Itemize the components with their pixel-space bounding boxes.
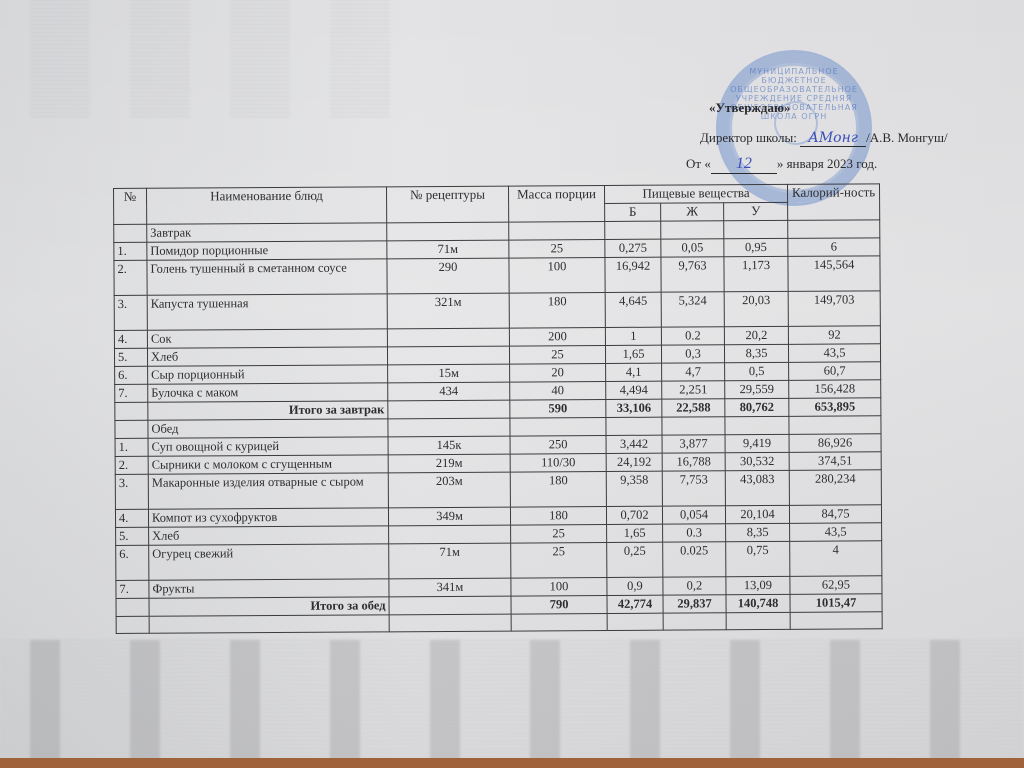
recipe-number: 145к [388,436,510,455]
portion-mass: 25 [509,345,605,364]
fat-value: 0,2 [663,577,726,595]
menu-body: Завтрак1.Помидор порционные71м250,2750,0… [114,220,882,634]
recipe-number: 71м [389,543,511,579]
total-fat: 22,588 [662,399,725,417]
dish-name: Компот из сухофруктов [148,508,388,527]
dish-name: Огурец свежий [149,544,389,580]
total-mass: 790 [511,595,607,614]
protein-value: 0,25 [607,542,663,577]
calories-value: 4 [790,541,882,577]
recipe-number [387,328,509,347]
approval-title: «Утверждаю» [709,100,790,116]
bleed-through-text [0,640,1024,760]
section-title: Обед [148,419,388,438]
calories-value: 149,703 [788,291,880,327]
cell-empty [387,222,509,241]
calories-value: 92 [788,326,880,345]
carbs-value: 29,559 [725,380,789,398]
cell-empty [661,221,724,239]
protein-value: 0,702 [606,506,662,524]
table-row: 2.Голень тушенный в сметанном соусе29010… [114,256,880,296]
cell-empty [115,420,148,438]
protein-value: 4,645 [605,292,661,327]
carbs-value: 20,03 [724,291,788,326]
date-day: 12 [711,155,777,174]
calories-value: 374,51 [789,452,881,471]
cell-empty [662,417,725,435]
cell-empty [790,612,882,630]
bleed-through-mark [130,0,190,120]
portion-mass: 25 [511,542,607,578]
carbs-value: 1,173 [724,256,788,291]
recipe-number: 341м [389,578,511,597]
cell-empty [116,598,149,616]
row-number: 4. [114,330,147,348]
portion-mass: 20 [510,363,606,382]
calories-value: 43,5 [790,523,882,542]
portion-mass: 180 [509,292,605,328]
cell-empty [726,612,790,629]
row-number: 1. [114,242,147,260]
recipe-number: 434 [388,382,510,401]
total-mass: 590 [510,399,606,418]
fat-value: 0,054 [662,506,725,524]
total-label: Итого за завтрак [148,401,388,420]
fat-value: 0.2 [661,327,724,345]
recipe-number [389,525,511,544]
calories-value: 6 [788,238,880,257]
total-carbs: 80,762 [725,398,789,416]
row-number: 3. [114,295,147,330]
cell-empty [389,596,511,615]
recipe-number [387,346,509,365]
row-number: 6. [115,366,148,384]
row-number: 5. [114,348,147,366]
portion-mass: 40 [510,381,606,400]
row-number: 5. [116,527,149,545]
cell-empty [607,613,663,630]
carbs-value: 9,419 [725,434,789,452]
recipe-number: 321м [387,293,509,329]
cell-empty [509,221,605,240]
table-row: 6.Огурец свежий71м250,250.0250,754 [116,541,882,581]
header-kcal: Калорий-ность [788,184,880,221]
total-calories: 653,895 [789,398,881,417]
fat-value: 4,7 [662,363,725,381]
dish-name: Сок [147,329,387,348]
header-u: У [724,202,788,220]
bleed-through-mark [330,0,390,120]
protein-value: 24,192 [606,453,662,471]
dish-name: Капуста тушенная [147,294,387,330]
bleed-through-mark [30,0,90,120]
director-line: Директор школы: АМонг/А.В. Монгуш/ [700,130,948,147]
calories-value: 86,926 [789,434,881,453]
carbs-value: 8,35 [724,344,788,362]
cell-empty [115,402,148,420]
row-number: 6. [116,545,149,580]
header-recipe: № рецептуры [386,186,508,223]
carbs-value: 0,5 [725,362,789,380]
cell-empty [788,220,880,239]
dish-name: Хлеб [147,347,387,366]
date-prefix: От « [686,156,711,171]
fat-value: 9,763 [661,257,724,292]
cell-empty [606,417,662,435]
recipe-number: 290 [387,258,509,294]
fat-value: 0.025 [663,542,726,577]
fat-value: 3,877 [662,435,725,453]
cell-empty [789,416,881,435]
calories-value: 60,7 [789,362,881,381]
total-calories: 1015,47 [790,594,882,613]
dish-name: Хлеб [149,526,389,545]
cell-empty [149,615,389,633]
total-fat: 29,837 [663,595,726,613]
total-protein: 33,106 [606,399,662,417]
desk-edge [0,758,1024,768]
protein-value: 4,1 [606,363,662,381]
portion-mass: 180 [510,506,606,525]
row-number: 7. [116,580,149,598]
carbs-value: 8,35 [726,523,790,541]
fat-value: 7,753 [662,471,725,506]
recipe-number: 15м [388,364,510,383]
dish-name: Фрукты [149,579,389,598]
protein-value: 3,442 [606,435,662,453]
portion-mass: 200 [509,327,605,346]
calories-value: 156,428 [789,380,881,399]
header-nutrients: Пищевые вещества [604,184,787,203]
header-name: Наименование блюд [147,187,387,224]
calories-value: 145,564 [788,256,880,292]
bleed-through-mark [230,0,290,120]
recipe-number: 71м [387,240,509,259]
carbs-value: 43,083 [725,470,789,505]
carbs-value: 20,104 [725,505,789,523]
row-number: 2. [115,456,148,474]
date-suffix: » января 2023 год. [777,156,877,171]
protein-value: 1 [605,327,661,345]
cell-empty [388,418,510,437]
portion-mass: 100 [509,257,605,293]
header-b: Б [605,203,661,221]
cell-empty [114,224,147,242]
fat-value: 0,05 [661,239,724,257]
calories-value: 43,5 [788,344,880,363]
fat-value: 0.3 [663,524,726,542]
cell-empty [605,221,661,239]
carbs-value: 0,75 [726,541,790,576]
row-number: 7. [115,384,148,402]
calories-value: 84,75 [789,505,881,524]
dish-name: Макаронные изделия отварные с сыром [148,473,388,509]
protein-value: 1,65 [605,345,661,363]
carbs-value: 20,2 [724,326,788,344]
protein-value: 4,494 [606,381,662,399]
recipe-number: 219м [388,454,510,473]
row-number: 1. [115,438,148,456]
protein-value: 16,942 [605,257,661,292]
cell-empty [511,613,607,631]
row-number: 2. [114,260,147,295]
dish-name: Сырники с молоком с сгущенным [148,455,388,474]
cell-empty [116,616,149,633]
portion-mass: 110/30 [510,453,606,472]
cell-empty [510,417,606,436]
fat-value: 2,251 [662,381,725,399]
row-number: 3. [115,474,148,509]
dish-name: Голень тушенный в сметанном соусе [147,259,387,295]
cell-empty [725,416,789,434]
table-row: 3.Капуста тушенная321м1804,6455,32420,03… [114,291,880,331]
portion-mass: 180 [510,471,606,507]
cell-empty [389,614,511,632]
carbs-value: 30,532 [725,452,789,470]
fat-value: 0,3 [661,345,724,363]
recipe-number: 203м [388,472,510,508]
approval-date: От «12» января 2023 год. [686,155,877,174]
cell-empty [724,220,788,238]
calories-value: 62,95 [790,576,882,595]
protein-value: 0,9 [607,577,663,595]
cell-empty [663,613,726,630]
portion-mass: 100 [511,577,607,596]
carbs-value: 0,95 [724,238,788,256]
recipe-number: 349м [388,507,510,526]
total-protein: 42,774 [607,595,663,613]
section-title: Завтрак [147,223,387,242]
row-number: 4. [115,509,148,527]
header-zh: Ж [661,203,724,221]
calories-value: 280,234 [789,470,881,506]
director-name: /А.В. Монгуш/ [866,130,948,145]
menu-table: № Наименование блюд № рецептуры Масса по… [113,183,883,634]
total-carbs: 140,748 [726,594,790,612]
dish-name: Суп овощной с курицей [148,437,388,456]
protein-value: 9,358 [606,471,662,506]
total-label: Итого за обед [149,597,389,616]
cell-empty [388,400,510,419]
portion-mass: 25 [509,239,605,258]
dish-name: Сыр порционный [148,365,388,384]
protein-value: 1,65 [607,524,663,542]
table-row: 3.Макаронные изделия отварные с сыром203… [115,470,881,510]
header-num: № [114,188,147,224]
protein-value: 0,275 [605,239,661,257]
fat-value: 5,324 [661,292,724,327]
portion-mass: 25 [511,524,607,543]
director-signature: АМонг [800,130,866,147]
fat-value: 16,788 [662,453,725,471]
header-mass: Масса порции [508,185,604,222]
director-label: Директор школы: [700,130,797,145]
dish-name: Булочка с маком [148,383,388,402]
carbs-value: 13,09 [726,576,790,594]
dish-name: Помидор порционные [147,241,387,260]
portion-mass: 250 [510,435,606,454]
